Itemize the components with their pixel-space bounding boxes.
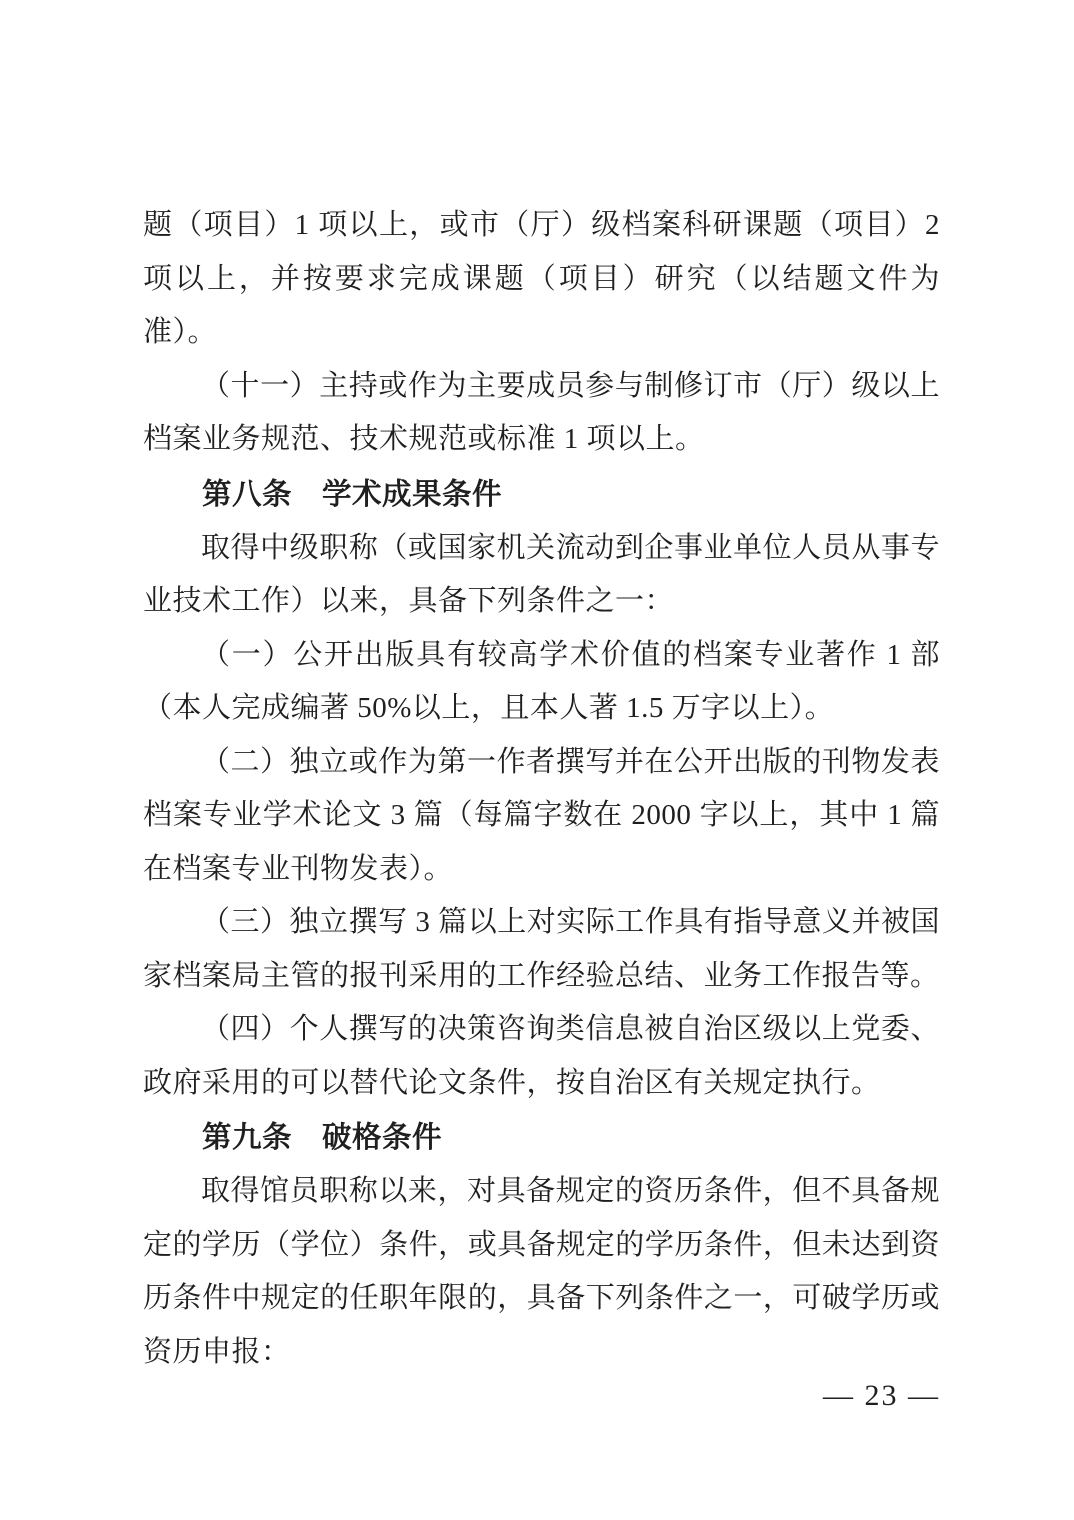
paragraph-continuation: 题（项目）1 项以上，或市（厅）级档案科研课题（项目）2 项以上，并按要求完成课… — [143, 199, 940, 360]
paragraph-item-3: （三）独立撰写 3 篇以上对实际工作具有指导意义并被国家档案局主管的报刊采用的工… — [143, 896, 940, 1003]
paragraph-article-8-intro: 取得中级职称（或国家机关流动到企事业单位人员从事专业技术工作）以来，具备下列条件… — [143, 522, 940, 629]
heading-article-8: 第八条 学术成果条件 — [143, 467, 940, 522]
paragraph-item-11: （十一）主持或作为主要成员参与制修订市（厅）级以上档案业务规范、技术规范或标准 … — [143, 360, 940, 467]
document-body: 题（项目）1 项以上，或市（厅）级档案科研课题（项目）2 项以上，并按要求完成课… — [143, 0, 940, 1379]
heading-article-9: 第九条 破格条件 — [143, 1110, 940, 1165]
paragraph-item-1: （一）公开出版具有较高学术价值的档案专业著作 1 部（本人完成编著 50%以上，… — [143, 629, 940, 736]
page-number: — 23 — — [823, 1379, 940, 1412]
page-footer: — 23 — — [823, 1376, 940, 1416]
paragraph-item-4: （四）个人撰写的决策咨询类信息被自治区级以上党委、政府采用的可以替代论文条件，按… — [143, 1003, 940, 1110]
document-page: 题（项目）1 项以上，或市（厅）级档案科研课题（项目）2 项以上，并按要求完成课… — [0, 0, 1074, 1520]
paragraph-item-2: （二）独立或作为第一作者撰写并在公开出版的刊物发表档案专业学术论文 3 篇（每篇… — [143, 736, 940, 897]
paragraph-article-9-intro: 取得馆员职称以来，对具备规定的资历条件，但不具备规定的学历（学位）条件，或具备规… — [143, 1165, 940, 1379]
